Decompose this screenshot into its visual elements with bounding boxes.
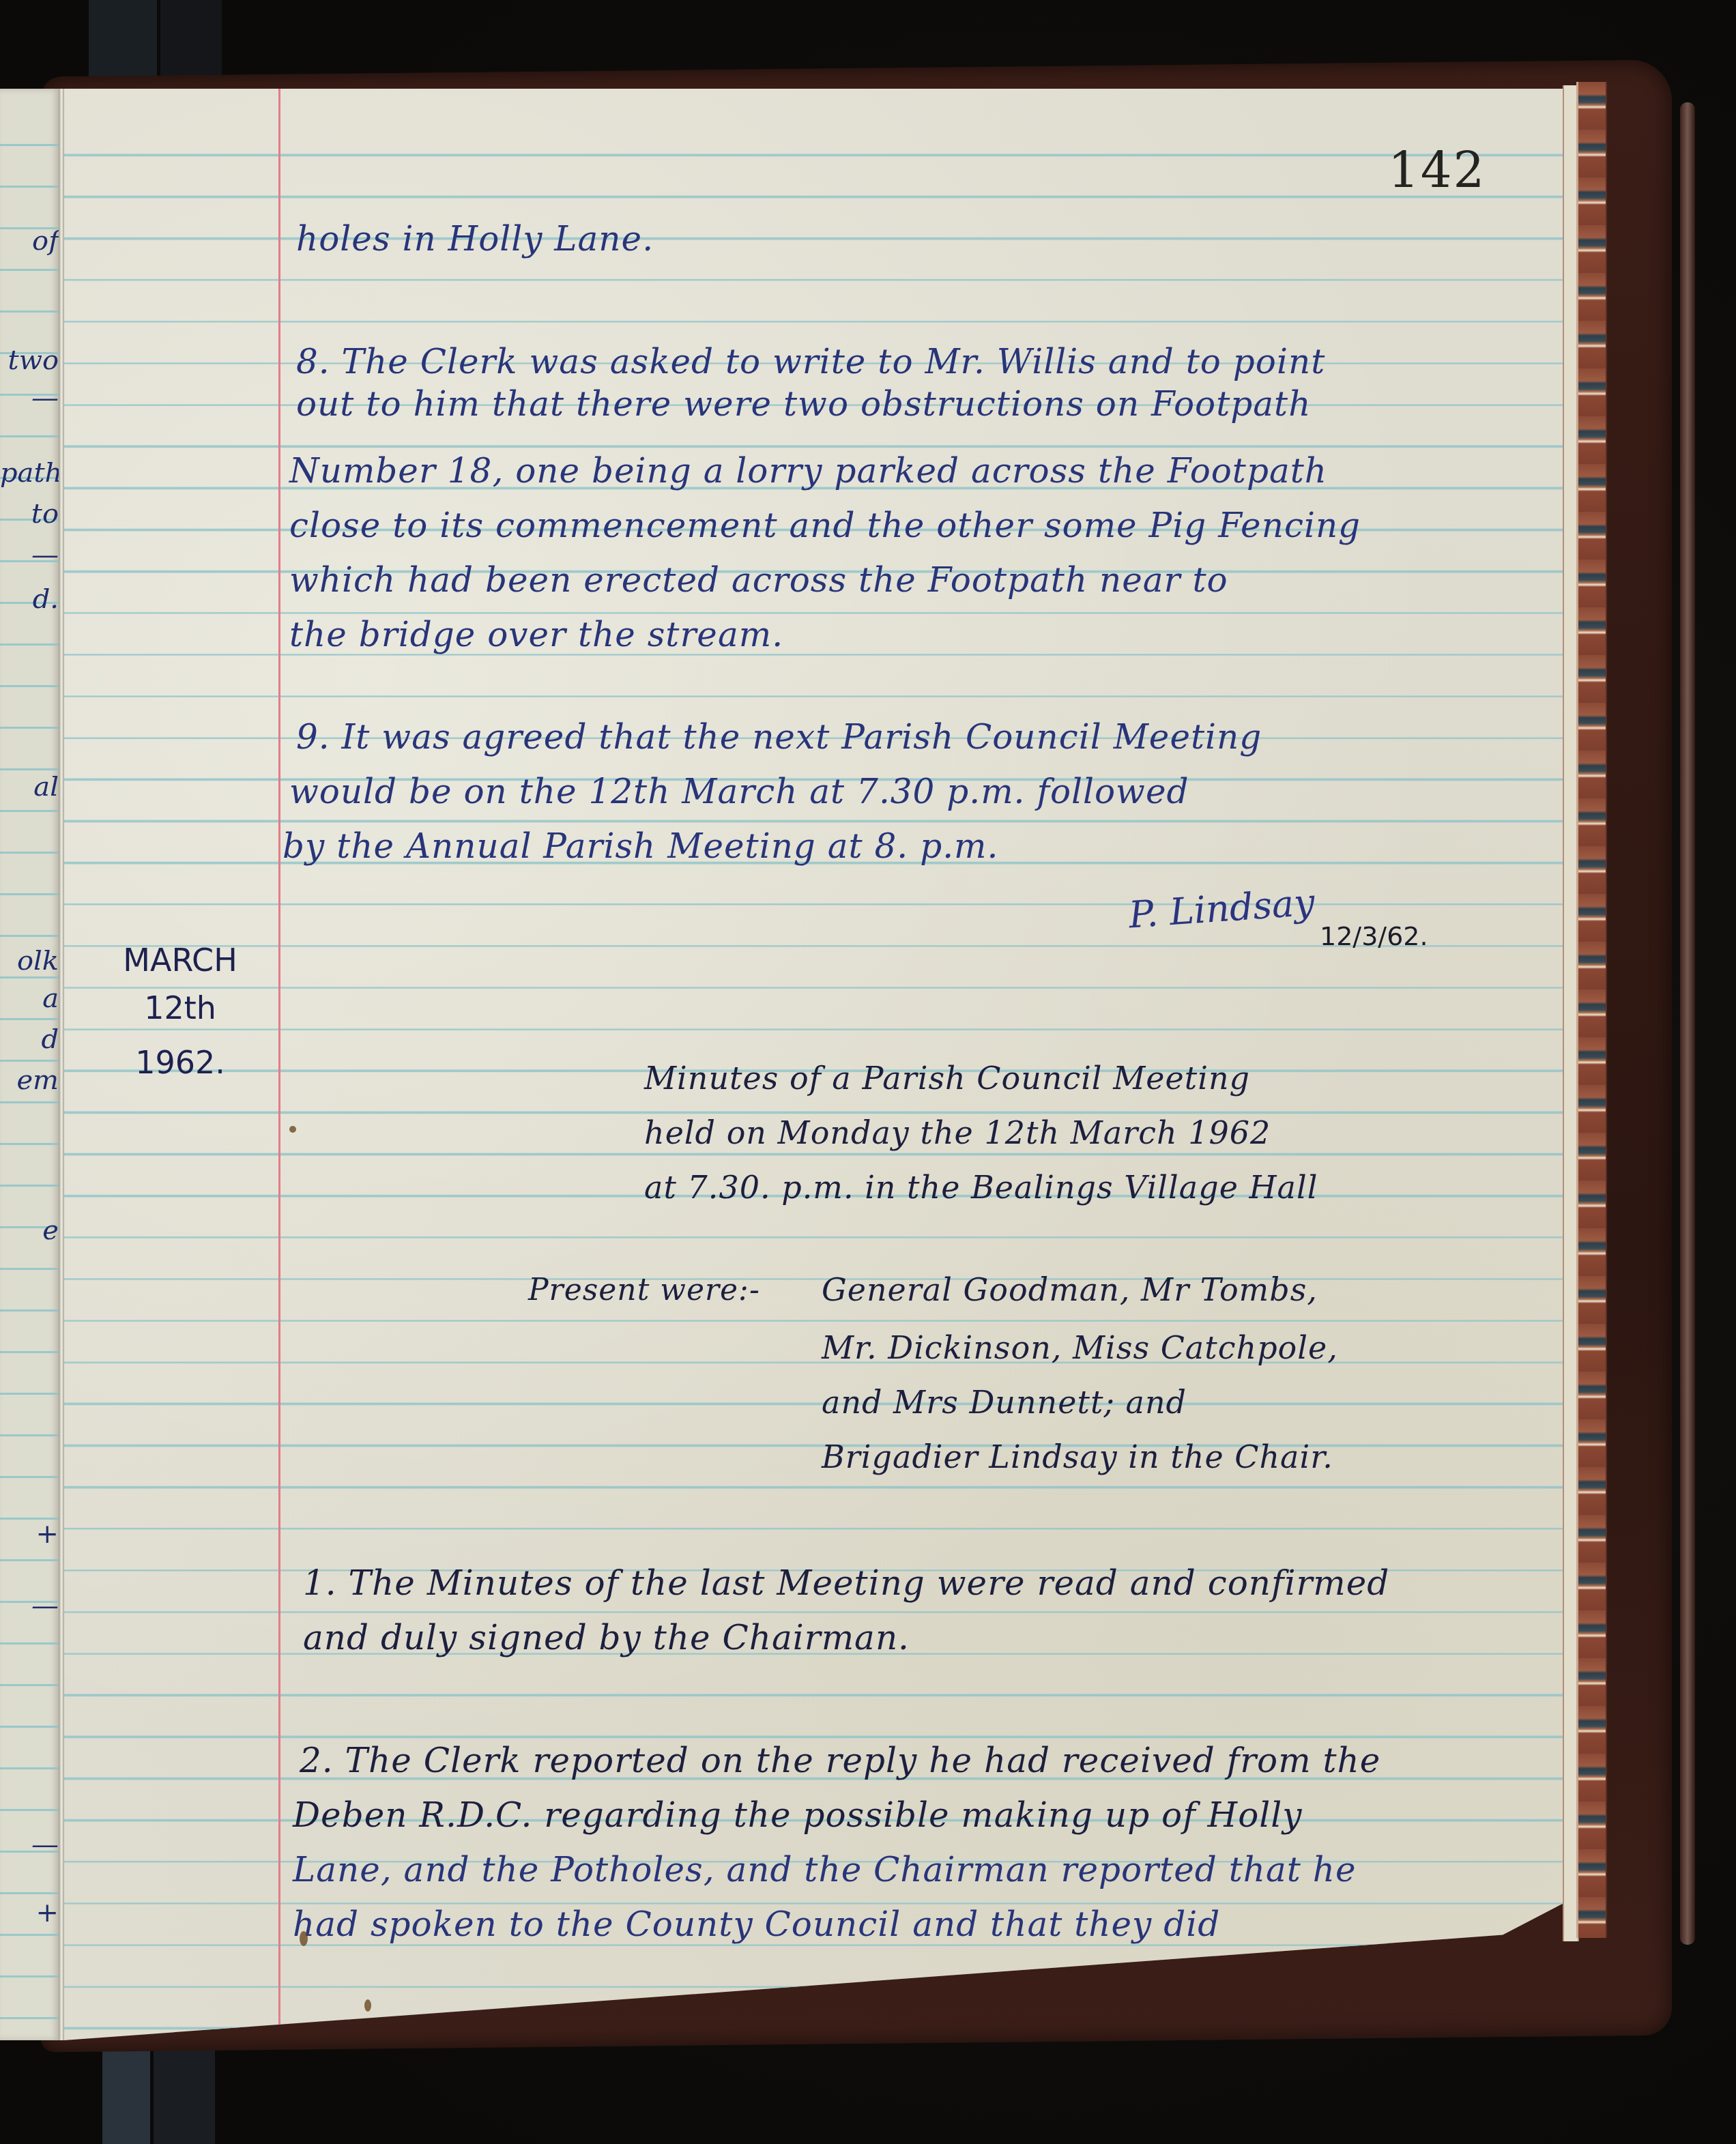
margin-date-day: 12th [98, 989, 262, 1026]
item-9-line: by the Annual Parish Meeting at 8. p.m. [283, 826, 998, 867]
left-fragment: + [0, 1897, 59, 1928]
left-fragment: to [0, 498, 59, 530]
left-fragment: al [0, 771, 59, 802]
item-2-line: Deben R.D.C. regarding the possible maki… [293, 1795, 1303, 1836]
item-9-line: would be on the 12th March at 7.30 p.m. … [289, 771, 1189, 813]
red-margin-line [278, 89, 280, 2040]
item-2-line: 2. The Clerk reported on the reply he ha… [300, 1740, 1380, 1782]
item-8-line: which had been erected across the Footpa… [289, 560, 1228, 601]
bookmark-ribbon-bottom-2 [154, 2040, 215, 2144]
carryover-line: holes in Holly Lane. [296, 218, 654, 260]
left-fragment: olk [0, 945, 59, 976]
item-2-line: had spoken to the County Council and tha… [293, 1904, 1220, 1945]
left-fragment: — [0, 1829, 59, 1860]
attendee-line: and Mrs Dunnett; and [822, 1382, 1187, 1423]
ink-stain [364, 1999, 371, 2012]
right-page: 142 holes in Holly Lane. 8. The Clerk wa… [64, 89, 1563, 2040]
item-8-line: 8. The Clerk was asked to write to Mr. W… [296, 341, 1325, 383]
margin-date-month: MARCH [98, 942, 262, 979]
item-8-line: the bridge over the stream. [289, 614, 783, 656]
left-fragment: — [0, 1590, 59, 1621]
signature-date: 12/3/62. [1320, 921, 1428, 951]
left-fragment: d [0, 1024, 59, 1055]
heading-line: Minutes of a Parish Council Meeting [644, 1058, 1250, 1099]
heading-line: held on Monday the 12th March 1962 [644, 1112, 1271, 1154]
left-fragment: path [0, 457, 59, 489]
left-fragment: — [0, 539, 59, 570]
item-1-line: and duly signed by the Chairman. [303, 1617, 910, 1659]
item-8-line: close to its commencement and the other … [289, 505, 1361, 547]
margin-date-year: 1962. [98, 1044, 262, 1081]
page-number: 142 [1388, 142, 1486, 199]
left-fragment: of [0, 225, 59, 257]
ink-stain [300, 1931, 308, 1946]
left-fragment: d. [0, 583, 59, 615]
attendance-label: Present were:- [528, 1269, 760, 1311]
attendee-line: Brigadier Lindsay in the Chair. [822, 1436, 1333, 1478]
ink-spot [289, 1126, 296, 1133]
bookmark-ribbon-bottom [102, 2040, 150, 2144]
left-fragment: + [0, 1518, 59, 1550]
left-fragment: two [0, 345, 59, 376]
attendee-line: General Goodman, Mr Tombs, [822, 1269, 1318, 1311]
left-fragment: — [0, 382, 59, 414]
book-gutter [59, 89, 64, 2040]
attendee-line: Mr. Dickinson, Miss Catchpole, [822, 1327, 1338, 1369]
left-fragment: em [0, 1064, 59, 1096]
item-1-line: 1. The Minutes of the last Meeting were … [303, 1563, 1389, 1604]
heading-line: at 7.30. p.m. in the Bealings Village Ha… [644, 1167, 1318, 1208]
item-9-line: 9. It was agreed that the next Parish Co… [296, 716, 1262, 758]
item-8-line: Number 18, one being a lorry parked acro… [289, 450, 1327, 492]
left-fragment: e [0, 1215, 59, 1246]
item-2-line: Lane, and the Potholes, and the Chairman… [293, 1849, 1357, 1891]
item-8-line: out to him that there were two obstructi… [296, 383, 1311, 425]
cover-edge-highlight [1680, 102, 1695, 1945]
marbled-page-edges [1576, 82, 1607, 1938]
left-fragment: a [0, 983, 59, 1014]
